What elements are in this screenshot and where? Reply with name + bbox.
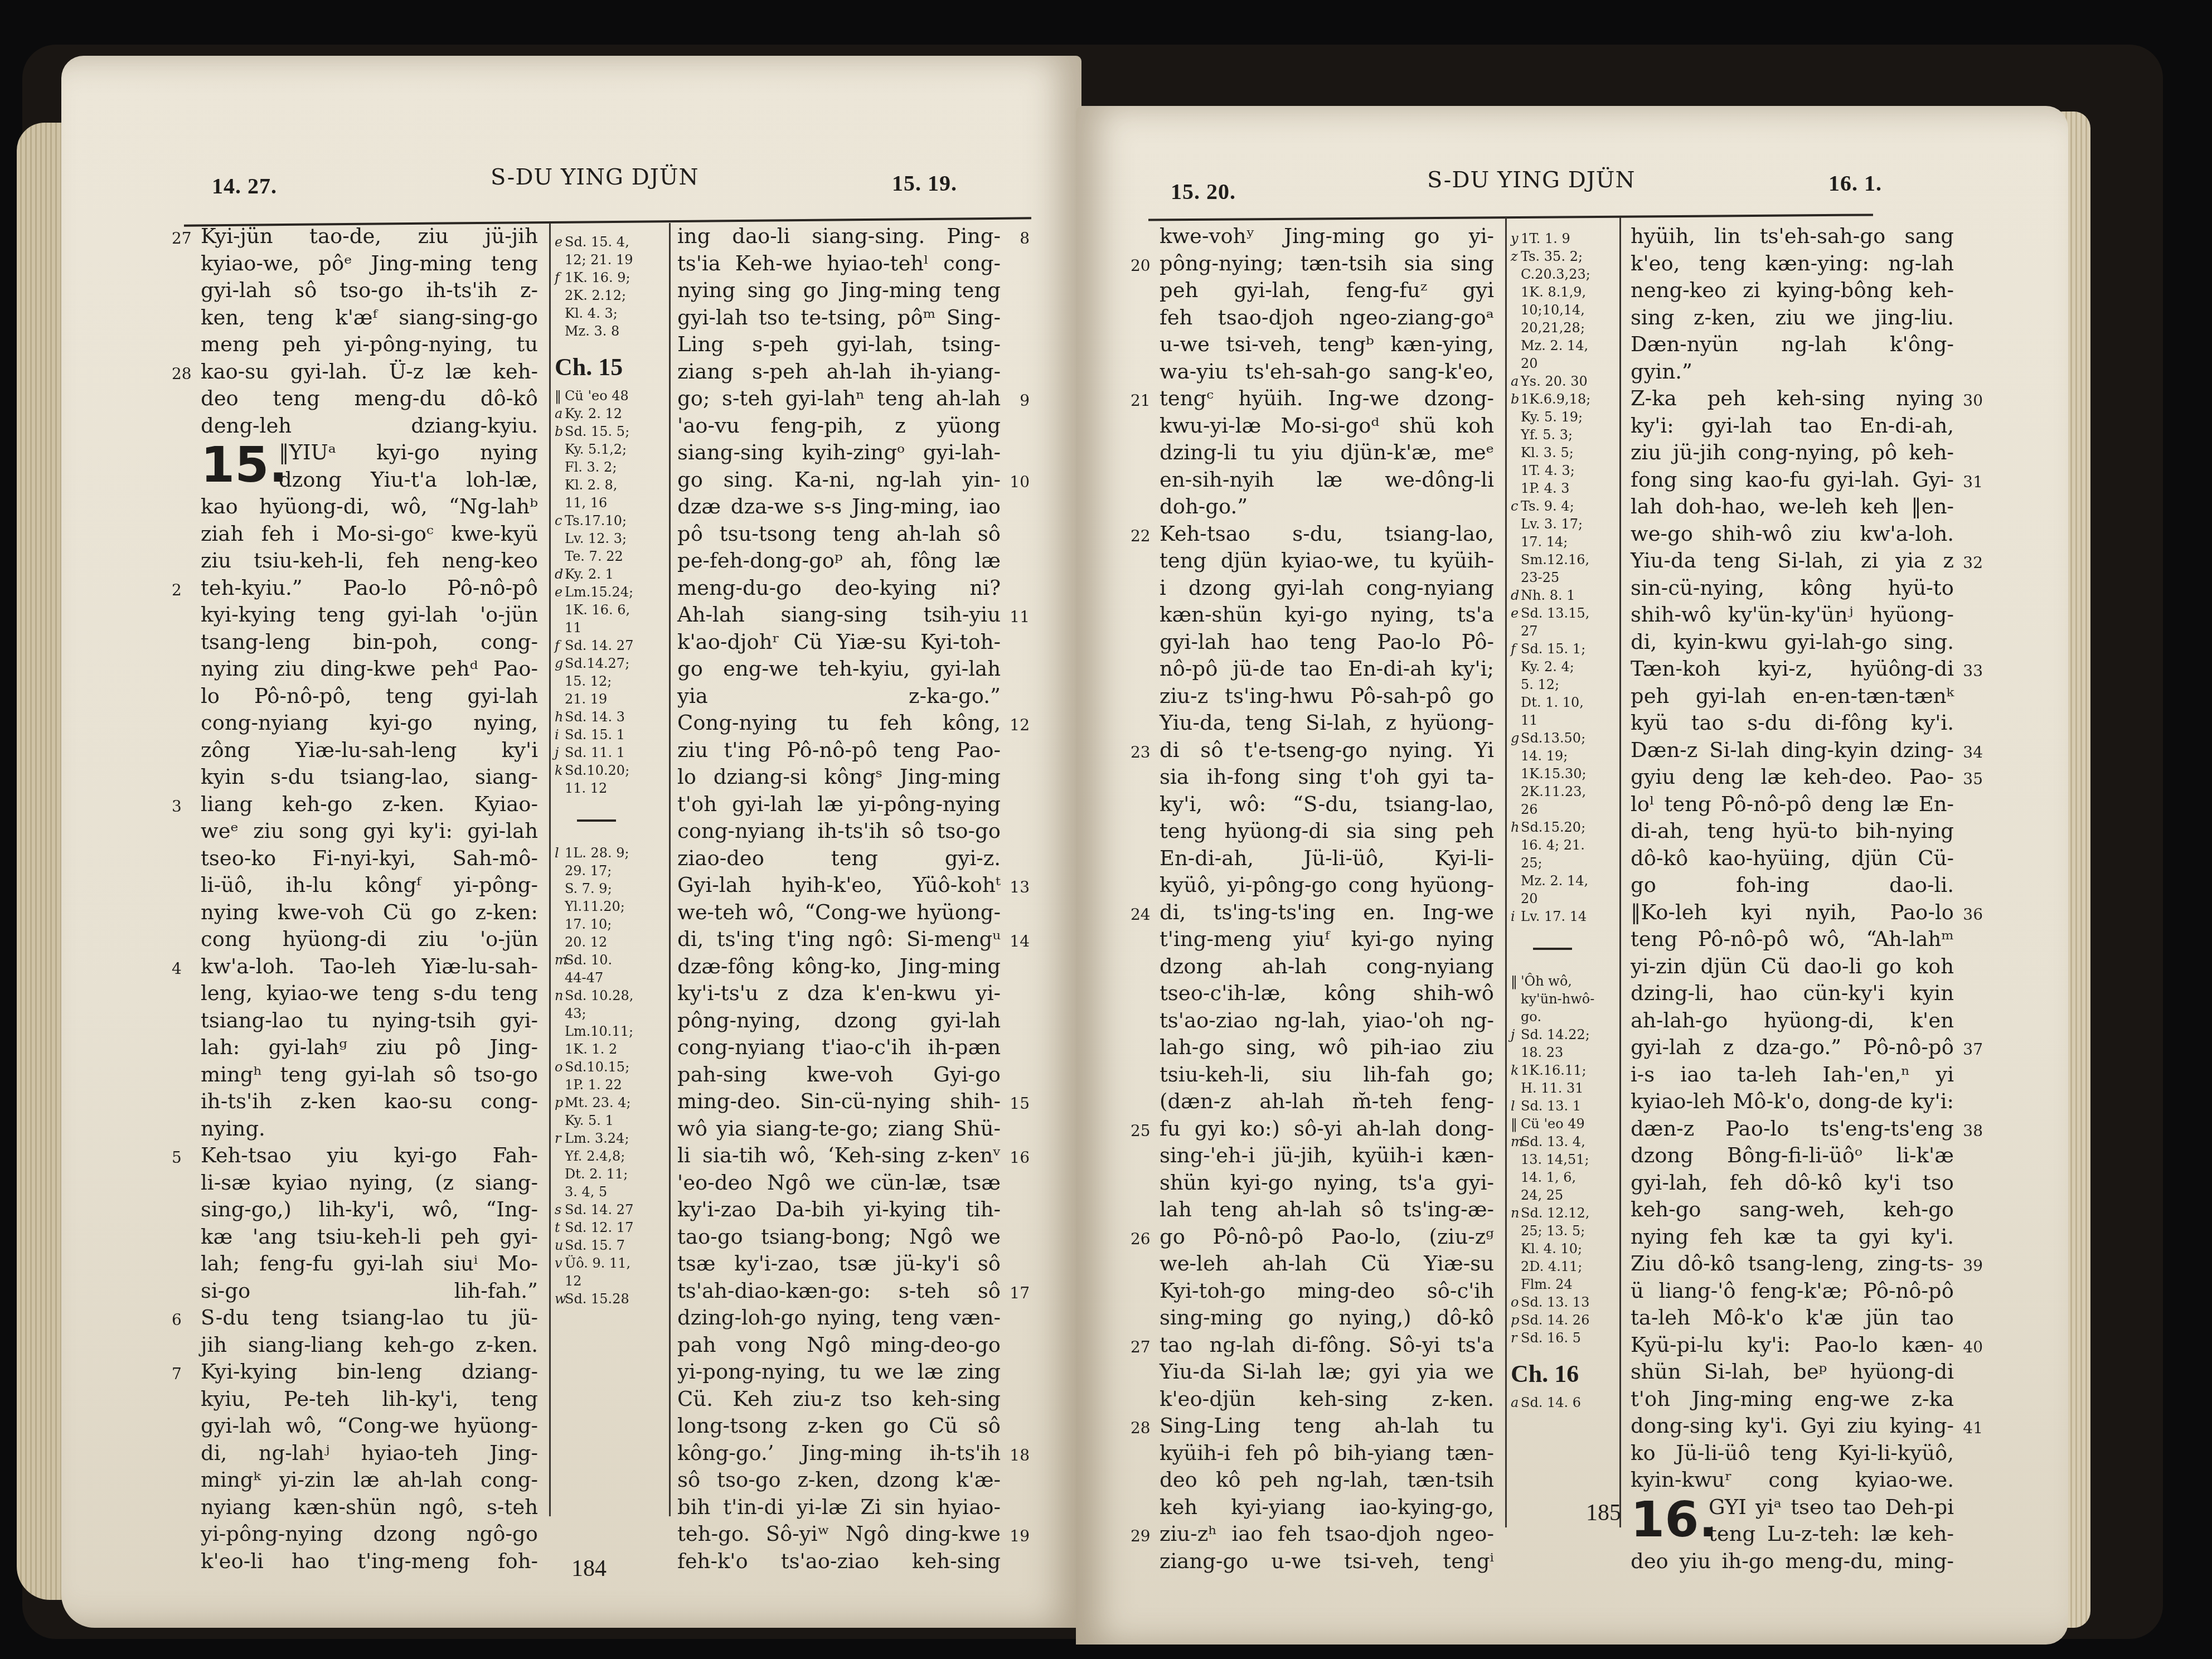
verse-text: sing-ming go nying,) dô-kô (1160, 1306, 1494, 1330)
verse-number: 24 (1131, 901, 1151, 929)
verse-text: i dzong gyi-lah cong-nyiang (1160, 576, 1494, 600)
text-line: teng Lu-z-teh: læ keh- (1631, 1521, 1954, 1548)
text-line: shih-wô ky'ün-ky'ünʲ hyüong- (1631, 601, 1954, 629)
reference-text: Ys. 20. 30 (1521, 373, 1588, 389)
reference-text: 25; 13. 5; (1521, 1223, 1585, 1239)
verse-text: ziu-z ts'ing-hwu Pô-sah-pô go (1160, 684, 1494, 708)
verse-text: gyin.” (1631, 360, 1692, 384)
cross-reference: Kl. 4. 10; (1511, 1240, 1617, 1258)
cross-reference: oSd.10.15; (555, 1058, 666, 1076)
reference-marker: m (1511, 1133, 1521, 1151)
verse-number: 17 (1010, 1280, 1030, 1307)
cross-reference: 27 (1511, 622, 1617, 640)
reference-text: 10;10,14, (1521, 302, 1585, 318)
text-line: tsiang-lao tu nying-tsih gyi- (201, 1007, 538, 1035)
text-line: 16.GYI yiᵃ tseo tao Deh-pi (1631, 1494, 1954, 1521)
text-line: Ziu dô-kô tsang-leng, zing-ts-39 (1631, 1250, 1954, 1278)
text-line: k'eo-li hao t'ing-meng foh- (201, 1548, 538, 1575)
verse-text: go sing. Ka-ni, ng-lah yin- (677, 468, 1001, 492)
cross-reference: 18. 23 (1511, 1044, 1617, 1061)
verse-text: Kyi-jün tao-de, ziu jü-jih (201, 224, 538, 248)
right-running-title: S-DU YING DJÜN (1427, 167, 1636, 193)
left-page: 14. 27. S-DU YING DJÜN 15. 19. Kyi-jün t… (61, 56, 1081, 1628)
cross-reference: b1K.6.9,18; (1511, 390, 1617, 408)
reference-text: 3. 4, 5 (565, 1184, 607, 1200)
verse-text: we-teh wô, “Cong-we hyüong- (677, 900, 1001, 924)
reference-marker: s (555, 1201, 565, 1219)
reference-marker: h (1511, 818, 1521, 836)
reference-text: Sm.12.16, (1521, 552, 1589, 567)
text-line: ih-ts'ih z-ken kao-su cong- (201, 1088, 538, 1115)
text-line: ky'i, wô: “S-du, tsiang-lao, (1160, 791, 1494, 818)
reference-text: Sd. 14. 3 (565, 709, 625, 725)
cross-reference: 43; (555, 1005, 666, 1022)
verse-number: 16 (1010, 1144, 1030, 1172)
verse-number: 30 (1963, 387, 1983, 415)
text-line: yi-pong-nying, tu we læ zing (677, 1359, 1001, 1386)
verse-text: ing dao-li siang-sing. Ping- (677, 224, 1001, 248)
reference-text: 5. 12; (1521, 677, 1559, 692)
cross-reference: ‖Cü 'eo 49 (1511, 1115, 1617, 1133)
verse-text: tsiu-keh-li, siu lih-fah go; (1160, 1063, 1494, 1086)
verse-number: 15 (1010, 1090, 1030, 1118)
text-line: dzing-loh-go nying, teng væn- (677, 1304, 1001, 1332)
cross-reference: vÜô. 9. 11, (555, 1254, 666, 1272)
reference-text: 18. 23 (1521, 1045, 1563, 1060)
reference-marker: a (1511, 1394, 1521, 1411)
reference-marker: i (555, 726, 565, 744)
verse-text: we-leh ah-lah Cü Yiæ-su (1160, 1251, 1494, 1275)
text-line: lo Pô-nô-pô, teng gyi-lah (201, 683, 538, 710)
cross-reference: l1L. 28. 9; (555, 844, 666, 862)
reference-text: 1T. 1. 9 (1521, 231, 1570, 246)
text-line: i-s iao ta-leh Iah-'en,ⁿ yi (1631, 1061, 1954, 1089)
text-line: ts'ah-diao-kæn-go: s-teh sô17 (677, 1278, 1001, 1305)
verse-number: 23 (1131, 739, 1151, 767)
reference-text: 1K.6.9,18; (1521, 391, 1590, 407)
verse-text: li-üô, ih-lu kôngᶠ yi-pông- (201, 873, 538, 897)
cross-reference: Mz. 2. 14, (1511, 337, 1617, 355)
text-line: ah-lah-go hyüong-di, k'en (1631, 1007, 1954, 1035)
verse-text: Ziu dô-kô tsang-leng, zing-ts- (1631, 1251, 1954, 1275)
reference-text: Sd. 14. 26 (1521, 1312, 1589, 1328)
verse-text: kyiao-we, pôᵉ Jing-ming teng (201, 251, 538, 275)
cross-reference: 24, 25 (1511, 1186, 1617, 1204)
cross-reference: sSd. 14. 27 (555, 1201, 666, 1219)
verse-text: di-ah, teng hyü-to bih-nying (1631, 819, 1954, 843)
reference-text: 2D. 4.11; (1521, 1259, 1582, 1274)
text-line: deo teng meng-du dô-kô (201, 385, 538, 413)
verse-text: go foh-ing dao-li. (1631, 873, 1954, 897)
cross-reference: cTs. 9. 4; (1511, 497, 1617, 515)
reference-text: Lm.10.11; (565, 1023, 633, 1039)
verse-text: lah; feng-fu gyi-lah siuⁱ Mo- (201, 1251, 538, 1275)
reference-marker: j (1511, 1026, 1521, 1044)
verse-text: k'eo, teng kæn-ying: ng-lah (1631, 251, 1954, 275)
cross-reference: Te. 7. 22 (555, 547, 666, 565)
reference-text: Sd. 14. 27 (565, 638, 633, 653)
verse-number: 28 (1131, 1415, 1151, 1442)
reference-marker: b (1511, 390, 1521, 408)
verse-text: pah-sing kwe-voh Gyi-go (677, 1063, 1001, 1086)
text-line: k'eo-djün keh-sing z-ken. (1160, 1386, 1494, 1413)
cross-reference: Dt. 2. 11; (555, 1165, 666, 1183)
verse-text: dæn-z Pao-lo ts'eng-ts'eng (1631, 1117, 1954, 1141)
cross-reference: eSd. 15. 4, (555, 233, 666, 251)
cross-reference: 1T. 4. 3; (1511, 462, 1617, 479)
text-line: keh kyi-yiang iao-kying-go, (1160, 1494, 1494, 1521)
cross-reference: go. (1511, 1008, 1617, 1026)
reference-text: 11, 16 (565, 495, 607, 511)
verse-number: 26 (1131, 1226, 1151, 1253)
verse-text: yia z-ka-go.” (677, 684, 1001, 708)
verse-text: keh-go sang-weh, keh-go (1631, 1197, 1954, 1221)
text-line: kyü tao s-du di-fông ky'i. (1631, 710, 1954, 737)
verse-text: nyiang kæn-shün ngô, s-teh (201, 1495, 538, 1519)
cross-reference: 20 (1511, 355, 1617, 372)
text-line: sia ih-fong sing t'oh gyi ta- (1160, 764, 1494, 791)
text-line: ing dao-li siang-sing. Ping-8 (677, 223, 1001, 250)
reference-text: 43; (565, 1006, 586, 1021)
verse-text: kyüih-i feh pô bih-yiang tæn- (1160, 1441, 1494, 1465)
reference-text: 2K.11.23, (1521, 784, 1586, 799)
verse-text: teh-kyiu.” Pao-lo Pô-nô-pô (201, 576, 538, 600)
cross-reference: S. 7. 9; (555, 880, 666, 898)
cross-reference: nSd. 12.12, (1511, 1204, 1617, 1222)
cross-reference: Lm.10.11; (555, 1022, 666, 1040)
cross-reference: nSd. 10.28, (555, 987, 666, 1005)
text-line: ken, teng k'æᶠ siang-sing-go (201, 304, 538, 332)
verse-text: Ling s-peh gyi-lah, tsing- (677, 332, 1001, 356)
verse-text: ziu tsiu-keh-li, feh neng-keo (201, 549, 538, 573)
cross-reference: Ky. 2. 4; (1511, 658, 1617, 676)
verse-number: 35 (1963, 766, 1983, 793)
text-line: 15.‖YIUᵃ kyi-go nying (201, 439, 538, 467)
cross-reference: 14. 1, 6, (1511, 1168, 1617, 1186)
verse-text: wa-yiu ts'eh-sah-go sang-k'eo, (1160, 360, 1494, 384)
verse-text: we-go shih-wô ziu kw'a-loh. (1631, 522, 1954, 546)
reference-text: Cü 'eo 49 (1521, 1116, 1585, 1132)
verse-number: 40 (1963, 1334, 1983, 1361)
reference-text: 1K. 1. 2 (565, 1041, 617, 1057)
cross-reference: Ky. 5. 19; (1511, 408, 1617, 426)
verse-text: shün kyi-go nying, ts'a gyi- (1160, 1171, 1494, 1195)
verse-text: pông-nying; tæn-tsih sia sing (1160, 251, 1494, 275)
cross-reference: pSd. 14. 26 (1511, 1311, 1617, 1329)
text-line: keh-go sang-weh, keh-go (1631, 1196, 1954, 1224)
reference-marker: k (555, 761, 565, 779)
text-line: kông-go.’ Jing-ming ih-ts'ih18 (677, 1440, 1001, 1467)
text-line: siang-sing kyih-zingᵒ gyi-lah- (677, 439, 1001, 467)
text-line: gyiu deng læ keh-deo. Pao-35 (1631, 764, 1954, 791)
verse-text: lah-go sing, wô pih-iao ziu (1160, 1035, 1494, 1059)
verse-text: kæ 'ang tsiu-keh-li peh gyi- (201, 1225, 538, 1249)
text-line: kyüô, yi-pông-go cong hyüong- (1160, 872, 1494, 899)
verse-text: Cong-nying tu feh kông, (677, 711, 1001, 735)
text-line: ky'i-zao Da-bih yi-kying tih- (677, 1196, 1001, 1224)
reference-text: Sd. 14.22; (1521, 1027, 1590, 1042)
reference-text: Ky. 2. 12 (565, 406, 622, 421)
reference-text: Ky. 2. 1 (565, 566, 614, 582)
reference-text: Flm. 24 (1521, 1277, 1573, 1292)
reference-text: 15. 12; (565, 673, 612, 689)
text-line: liang keh-go z-ken. Kyiao-3 (201, 791, 538, 818)
reference-text: 27 (1521, 623, 1538, 639)
verse-text: feh-k'o ts'ao-ziao keh-sing (677, 1549, 1001, 1573)
verse-text: S-du teng tsiang-lao tu jü- (201, 1306, 538, 1330)
reference-text: Sd. 11. 1 (565, 745, 625, 760)
text-line: deo kô peh ng-lah, tæn-tsih (1160, 1467, 1494, 1494)
verse-text: kwu-yi-læ Mo-si-goᵈ shü koh (1160, 414, 1494, 438)
verse-text: mingʰ teng gyi-lah sô tso-go (201, 1063, 538, 1086)
text-line: i dzong gyi-lah cong-nyiang (1160, 575, 1494, 602)
text-line: li sia-tih wô, ‘Keh-sing z-kenᵛ16 (677, 1142, 1001, 1170)
reference-marker: r (1511, 1329, 1521, 1347)
reference-text: 14. 19; (1521, 748, 1568, 764)
text-line: yi-zin djün Cü dao-li go koh (1631, 953, 1954, 981)
cross-reference: 13. 14,51; (1511, 1151, 1617, 1168)
verse-text: tao ng-lah di-fông. Sô-yi ts'a (1160, 1333, 1494, 1357)
verse-text: k'eo-li hao t'ing-meng foh- (201, 1549, 538, 1573)
verse-text: 'eo-deo Ngô we cün-læ, tsæ (677, 1171, 1001, 1195)
reference-text: 11 (565, 620, 582, 636)
cross-reference: 11. 12 (555, 779, 666, 797)
verse-text: kw'a-loh. Tao-leh Yiæ-lu-sah- (201, 954, 538, 978)
verse-text: nying ziu ding-kwe pehᵈ Pao- (201, 657, 538, 681)
verse-text: lah teng ah-lah sô ts'ing-æ- (1160, 1197, 1494, 1221)
verse-text: cong hyüong-di ziu 'o-jün (201, 927, 538, 951)
cross-reference: Sm.12.16, (1511, 551, 1617, 569)
reference-marker: p (1511, 1311, 1521, 1329)
cross-reference: Yf. 5. 3; (1511, 426, 1617, 444)
verse-text: ih-ts'ih z-ken kao-su cong- (201, 1089, 538, 1113)
reference-text: Sd. 15. 7 (565, 1238, 625, 1253)
reference-text: Lv. 17. 14 (1521, 909, 1587, 924)
reference-text: 1K.16.11; (1521, 1063, 1587, 1078)
reference-text: Sd. 13. 4, (1521, 1134, 1585, 1149)
reference-text: Sd. 16. 5 (1521, 1330, 1581, 1346)
text-line: pông-nying; tæn-tsih sia sing20 (1160, 250, 1494, 278)
cross-reference: Kl. 3. 5; (1511, 444, 1617, 462)
verse-text: ts'ao-ziao ng-lah, yiao-'oh ng- (1160, 1008, 1494, 1032)
reference-text: Lv. 12. 3; (565, 531, 627, 546)
cross-reference: cTs.17.10; (555, 512, 666, 530)
reference-text: Sd. 15.28 (565, 1291, 629, 1307)
verse-text: teng Lu-z-teh: læ keh- (1709, 1522, 1954, 1546)
verse-text: kwe-vohʸ Jing-ming go yi- (1160, 224, 1494, 248)
text-line: t'oh Jing-ming eng-we z-ka (1631, 1386, 1954, 1413)
reference-marker: i (1511, 908, 1521, 925)
text-line: tsiu-keh-li, siu lih-fah go; (1160, 1061, 1494, 1089)
verse-text: gyiu deng læ keh-deo. Pao- (1631, 765, 1954, 789)
verse-text: ‖YIUᵃ kyi-go nying (279, 440, 538, 464)
text-line: Sing-Ling teng ah-lah tu28 (1160, 1413, 1494, 1440)
reference-marker: r (555, 1129, 565, 1147)
verse-number: 38 (1963, 1118, 1983, 1145)
verse-number: 7 (172, 1361, 182, 1388)
text-line: si-go lih-fah.” (201, 1278, 538, 1305)
reference-text: Kl. 4. 3; (565, 305, 618, 321)
text-line: pông-nying, dzong gyi-lah (677, 1007, 1001, 1035)
verse-text: di, ng-lahʲ hyiao-teh Jing- (201, 1441, 538, 1465)
verse-text: li sia-tih wô, ‘Keh-sing z-kenᵛ (677, 1143, 1001, 1167)
verse-text: kyin-kwuʳ cong kyiao-we. (1631, 1468, 1954, 1492)
reference-text: 1P. 1. 22 (565, 1077, 622, 1093)
text-line: we-go shih-wô ziu kw'a-loh. (1631, 521, 1954, 548)
verse-text: ken, teng k'æᶠ siang-sing-go (201, 305, 538, 329)
verse-text: kông-go.’ Jing-ming ih-ts'ih (677, 1441, 1001, 1465)
cross-reference: bSd. 15. 5; (555, 423, 666, 440)
cross-reference: 12 (555, 1272, 666, 1290)
text-line: peh gyi-lah en-en-tæn-tænᵏ (1631, 683, 1954, 710)
verse-text: sing z-ken, ziu we jing-liu. (1631, 305, 1954, 329)
text-line: pah vong Ngô ming-deo-go (677, 1332, 1001, 1359)
reference-text: Sd. 14. 6 (1521, 1395, 1581, 1410)
verse-text: shün Si-lah, beᵖ hyüong-di (1631, 1360, 1954, 1384)
cross-reference: aSd. 14. 6 (1511, 1394, 1617, 1411)
left-text-column-a: Kyi-jün tao-de, ziu jü-jih27kyiao-we, pô… (201, 223, 538, 1575)
verse-number: 27 (1131, 1334, 1151, 1361)
text-line: teng Pô-nô-pô wô, “Ah-lahᵐ (1631, 926, 1954, 953)
reference-marker: d (1511, 586, 1521, 604)
text-line: ts'ia Keh-we hyiao-tehˡ cong- (677, 250, 1001, 278)
verse-text: dzing-li tu yiu djün-k'æ, meᵉ (1160, 440, 1494, 464)
text-line: di, ts'ing-ts'ing en. Ing-we24 (1160, 899, 1494, 926)
text-line: kyin-kwuʳ cong kyiao-we. (1631, 1467, 1954, 1494)
verse-text: ts'ia Keh-we hyiao-tehˡ cong- (677, 251, 1001, 275)
text-line: go sing. Ka-ni, ng-lah yin-10 (677, 467, 1001, 494)
reference-text: Ky. 5. 1 (565, 1113, 614, 1128)
reference-marker: ‖ (1511, 1115, 1521, 1133)
text-line: tengᶜ hyüih. Ing-we dzong-21 (1160, 385, 1494, 413)
verse-text: go Pô-nô-pô Pao-lo, (ziu-zᵍ (1160, 1225, 1494, 1249)
cross-reference: 1K. 16. 6, (555, 601, 666, 619)
verse-number: 31 (1963, 469, 1983, 496)
text-line: kao-su gyi-lah. Ü-z læ keh-28 (201, 358, 538, 386)
text-line: kao hyüong-di, wô, “Ng-lahᵇ (201, 493, 538, 521)
cross-reference: uSd. 15. 7 (555, 1236, 666, 1254)
verse-text: kyiao-leh Mô-k'o, dong-de ky'i: (1631, 1089, 1954, 1113)
text-line: tsæ ky'i-zao, tsæ jü-ky'i sô (677, 1250, 1001, 1278)
cross-reference: 11, 16 (555, 494, 666, 512)
cross-reference: Lv. 12. 3; (555, 530, 666, 547)
text-line: teh-kyiu.” Pao-lo Pô-nô-pô2 (201, 575, 538, 602)
cross-reference: ‖'Ôh wô, (1511, 972, 1617, 990)
text-line: doh-go.” (1160, 493, 1494, 521)
verse-text: kæn-shün kyi-go nying, ts'a (1160, 603, 1494, 627)
reference-text: Sd. 13. 1 (1521, 1098, 1581, 1114)
verse-text: ziao-deo teng gyi-z. (677, 846, 1001, 870)
cross-reference: 1K. 8.1,9, (1511, 283, 1617, 301)
text-line: pe-feh-dong-goᵖ ah, fông læ (677, 547, 1001, 575)
verse-text: gyi-lah hao teng Pao-lo Pô- (1160, 630, 1494, 654)
right-page: 15. 20. S-DU YING DJÜN 16. 1. kwe-vohʸ J… (1076, 106, 2068, 1645)
text-line: we-teh wô, “Cong-we hyüong- (677, 899, 1001, 926)
text-line: Yiu-da, teng Si-lah, z hyüong- (1160, 710, 1494, 737)
verse-text: Yiu-da Si-lah læ; gyi yia we (1160, 1360, 1494, 1384)
text-line: dong-sing ky'i. Gyi ziu kying-41 (1631, 1413, 1954, 1440)
cross-reference: Mz. 3. 8 (555, 322, 666, 340)
verse-text: tao-go tsiang-bong; Ngô we (677, 1225, 1001, 1249)
text-line: ming-deo. Sin-cü-nying shih-15 (677, 1088, 1001, 1115)
cross-reference: fSd. 15. 1; (1511, 640, 1617, 658)
verse-text: Kyü-pi-lu ky'i: Pao-lo kæn- (1631, 1333, 1954, 1357)
verse-text: sing-go,) lih-ky'i, wô, “Ing- (201, 1197, 538, 1221)
reference-marker: g (555, 654, 565, 672)
right-header-range-end: 16. 1. (1828, 170, 1882, 196)
verse-text: Kyi-toh-go ming-deo sô-c'ih (1160, 1279, 1494, 1303)
verse-text: lah: gyi-lahᵍ ziu pô Jing- (201, 1035, 538, 1059)
text-line: ü liang-'ô feng-k'æ; Pô-nô-pô (1631, 1278, 1954, 1305)
reference-text: H. 11. 31 (1521, 1080, 1584, 1096)
text-line: peh gyi-lah, feng-fuᶻ gyi (1160, 277, 1494, 304)
text-line: dzing-li tu yiu djün-k'æ, meᵉ (1160, 439, 1494, 467)
text-line: dzæ dza-we s-s Jing-ming, iao (677, 493, 1001, 521)
verse-text: ziu jü-jih cong-nying, pô keh- (1631, 440, 1954, 464)
text-line: tsang-leng bin-poh, cong- (201, 629, 538, 656)
verse-text: teh-go. Sô-yiʷ Ngô ding-kwe (677, 1522, 1001, 1546)
reference-marker: ‖ (555, 387, 565, 405)
reference-text: Sd.13.50; (1521, 730, 1585, 746)
text-line: gyi-lah, feh dô-kô ky'i tso (1631, 1170, 1954, 1197)
text-line: ziu jü-jih cong-nying, pô keh- (1631, 439, 1954, 467)
verse-text: shih-wô ky'ün-ky'ünʲ hyüong- (1631, 603, 1954, 627)
text-line: kyiu, Pe-teh lih-ky'i, teng (201, 1386, 538, 1413)
verse-text: ziu-zʰ iao feh tsao-djoh ngeo- (1160, 1522, 1494, 1546)
text-line: En-di-ah, Jü-li-üô, Kyi-li- (1160, 845, 1494, 872)
verse-text: Kyi-kying bin-leng dziang- (201, 1360, 538, 1384)
verse-number: 34 (1963, 739, 1983, 767)
verse-text: pông-nying, dzong gyi-lah (677, 1008, 1001, 1032)
text-line: Dæn-z Si-lah ding-kyin dzing-34 (1631, 737, 1954, 764)
reference-text: Kl. 2. 8, (565, 477, 617, 493)
text-line: tseo-ko Fi-nyi-kyi, Sah-mô- (201, 845, 538, 872)
cross-reference: 20,21,28; (1511, 319, 1617, 337)
text-line: Kyü-pi-lu ky'i: Pao-lo kæn-40 (1631, 1332, 1954, 1359)
verse-text: pô tsu-tsong teng ah-lah sô (677, 522, 1001, 546)
cross-reference: 17. 14; (1511, 533, 1617, 551)
reference-text: 20,21,28; (1521, 320, 1585, 336)
reference-marker: n (555, 987, 565, 1005)
text-line: lo dziang-si kôngˢ Jing-ming (677, 764, 1001, 791)
cross-reference: 2K. 2.12; (555, 287, 666, 304)
text-line: Yiu-da Si-lah læ; gyi yia we (1160, 1359, 1494, 1386)
text-line: pah-sing kwe-voh Gyi-go (677, 1061, 1001, 1089)
text-line: Keh-tsao yiu kyi-go Fah-5 (201, 1142, 538, 1170)
verse-text: deng-leh dziang-kyiu. (201, 414, 538, 438)
cross-reference: Ky. 5. 1 (555, 1112, 666, 1129)
verse-text: ming-deo. Sin-cü-nying shih- (677, 1089, 1001, 1113)
verse-text: Yiu-da, teng Si-lah, z hyüong- (1160, 711, 1494, 735)
chapter-label: Ch. 16 (1511, 1355, 1617, 1394)
verse-text: Yiu-da teng Si-lah, zi yia z (1631, 549, 1954, 573)
verse-text: ü liang-'ô feng-k'æ; Pô-nô-pô (1631, 1279, 1954, 1303)
verse-text: neng-keo zi kying-bông keh- (1631, 278, 1954, 302)
verse-text: tengᶜ hyüih. Ing-we dzong- (1160, 386, 1494, 410)
reference-text: 14. 1, 6, (1521, 1170, 1576, 1185)
verse-text: yi-zin djün Cü dao-li go koh (1631, 954, 1954, 978)
reference-text: Sd.14.27; (565, 656, 629, 671)
verse-text: dô-kô kao-hyüing, djün Cü- (1631, 846, 1954, 870)
cross-reference: rSd. 16. 5 (1511, 1329, 1617, 1347)
cross-reference: 17. 10; (555, 915, 666, 933)
verse-number: 4 (172, 955, 182, 983)
text-line: lah teng ah-lah sô ts'ing-æ- (1160, 1196, 1494, 1224)
verse-text: dzæ dza-we s-s Jing-ming, iao (677, 494, 1001, 518)
verse-text: gyi-lah sô tso-go ih-ts'ih z- (201, 278, 538, 302)
reference-text: 11. 12 (565, 780, 607, 796)
text-line: nying ziu ding-kwe pehᵈ Pao- (201, 656, 538, 683)
